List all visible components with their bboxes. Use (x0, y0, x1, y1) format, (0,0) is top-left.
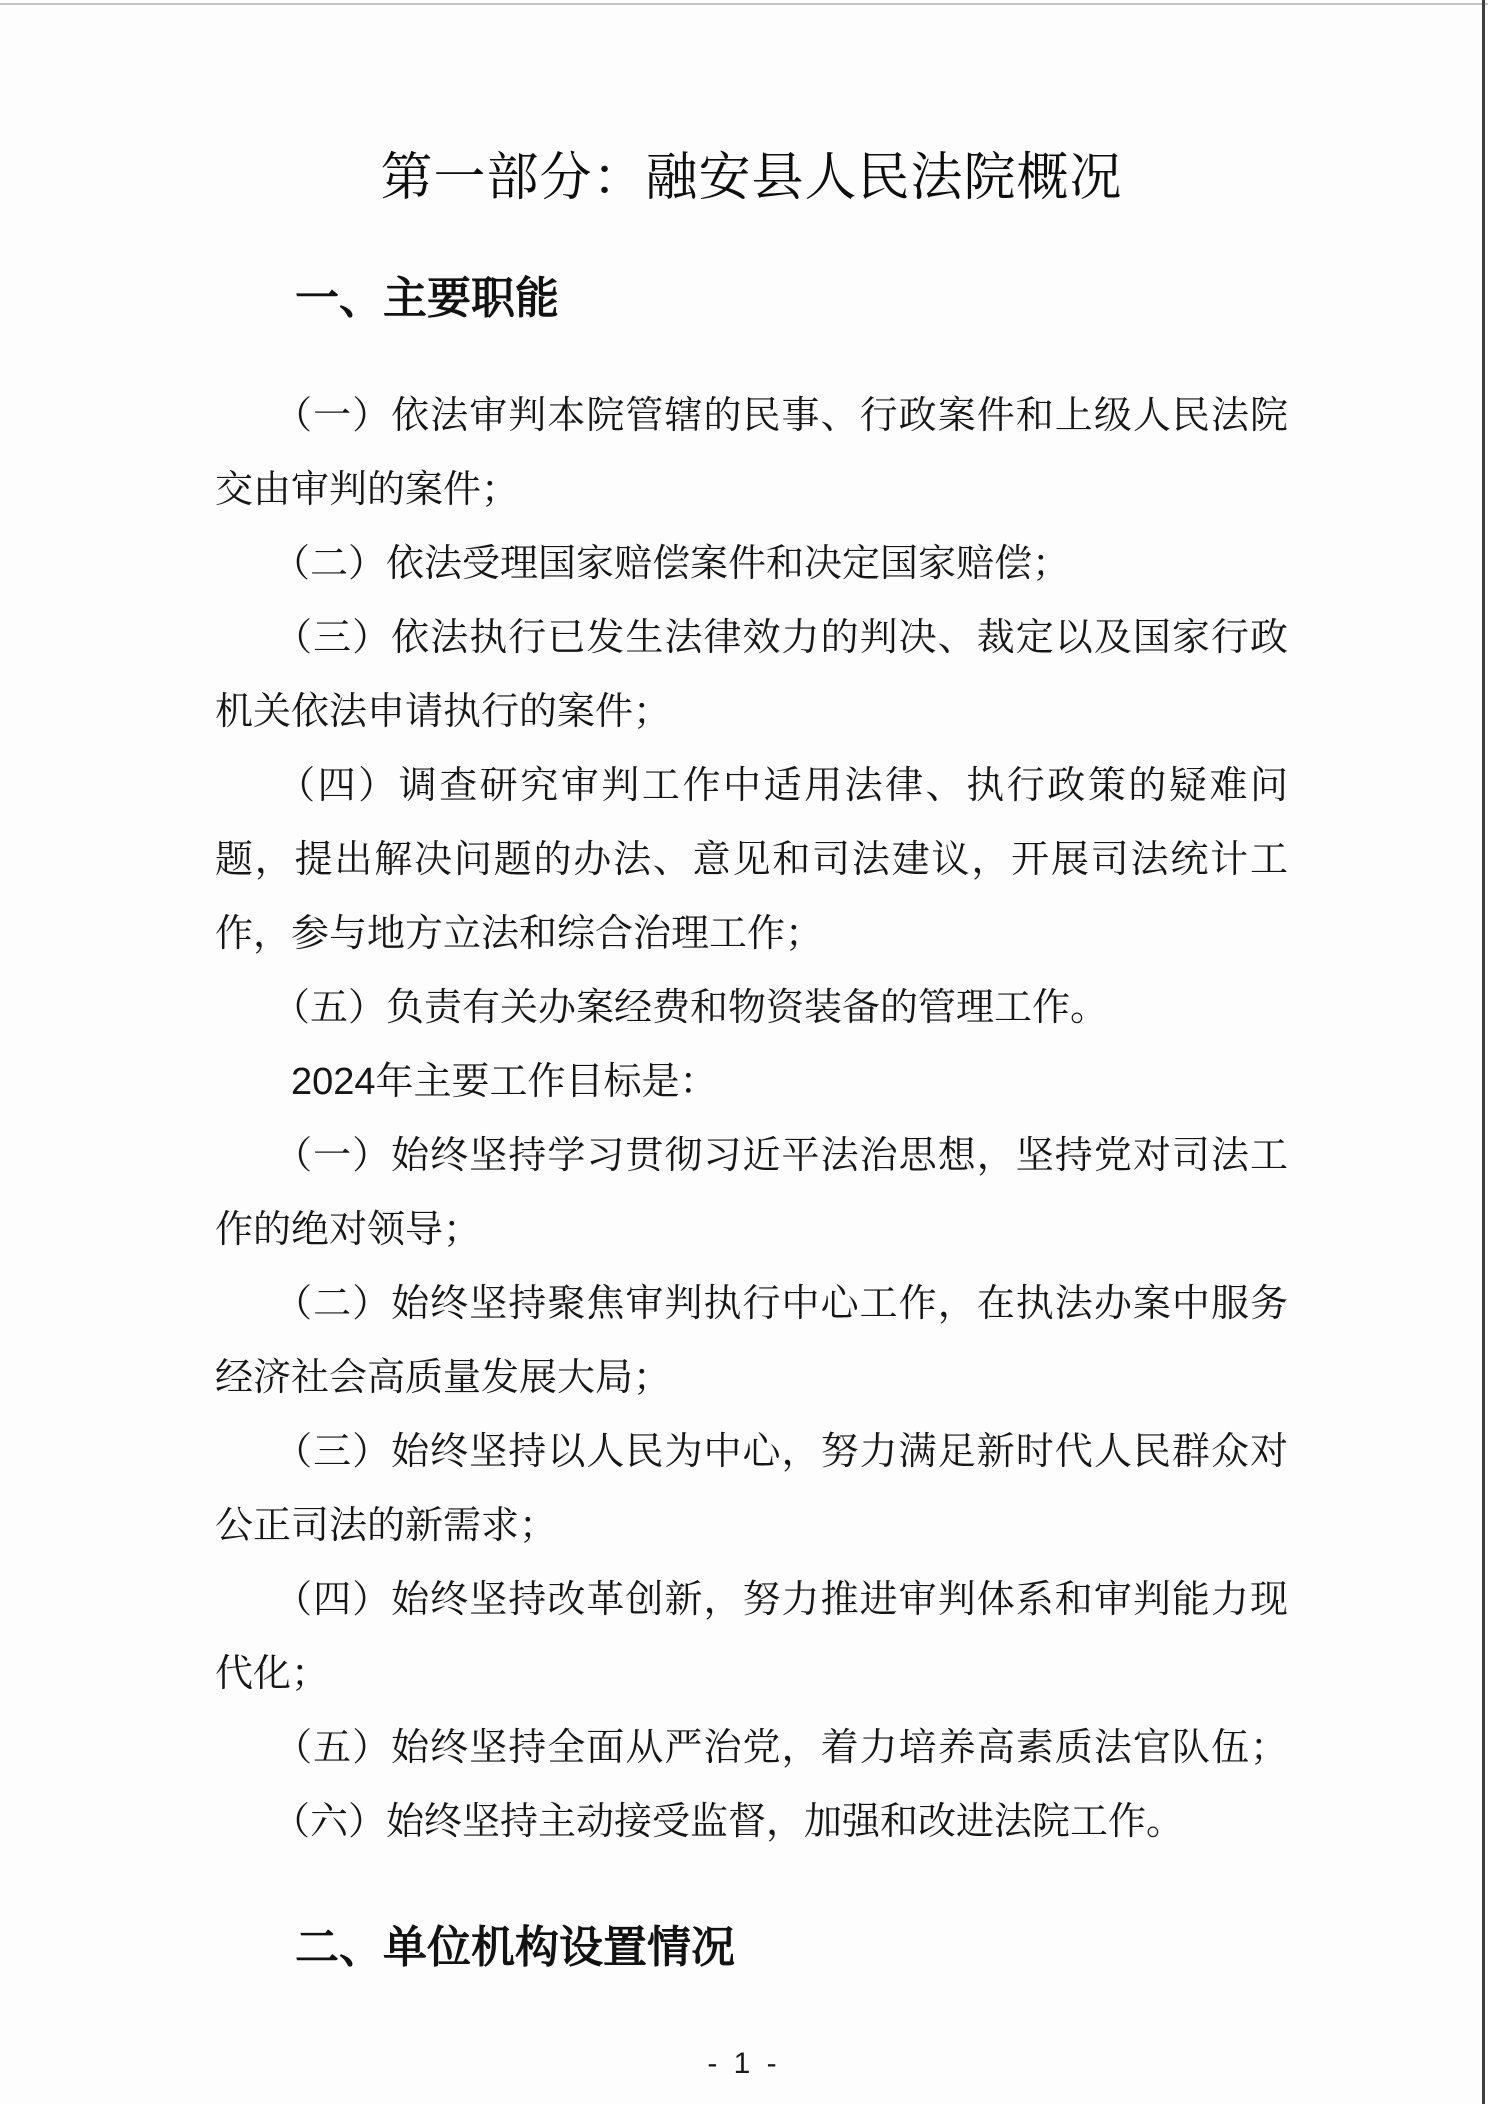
page-number: - 1 - (0, 2048, 1488, 2080)
body-line: （二）始终坚持聚焦审判执行中心工作，在执法办案中服务 (215, 1267, 1288, 1341)
body-line: （四）始终坚持改革创新，努力推进审判体系和审判能力现 (215, 1563, 1288, 1637)
body-line: 作，参与地方立法和综合治理工作； (215, 897, 1288, 971)
body-line: （六）始终坚持主动接受监督，加强和改进法院工作。 (215, 1785, 1288, 1859)
body-line: 经济社会高质量发展大局； (215, 1341, 1288, 1415)
body-lines: （一）依法审判本院管辖的民事、行政案件和上级人民法院交由审判的案件； （二）依法… (215, 379, 1288, 1859)
page-title: 第一部分：融安县人民法院概况 (215, 150, 1288, 207)
body-line: （三）依法执行已发生法律效力的判决、裁定以及国家行政 (215, 601, 1288, 675)
body-line: 2024年主要工作目标是： (215, 1045, 1288, 1119)
body-line: 题，提出解决问题的办法、意见和司法建议，开展司法统计工 (215, 823, 1288, 897)
body-line: （五）始终坚持全面从严治党，着力培养高素质法官队伍； (215, 1711, 1288, 1785)
body-line: 公正司法的新需求； (215, 1489, 1288, 1563)
scan-edge-right-line (1482, 0, 1485, 2104)
body-line: （五）负责有关办案经费和物资装备的管理工作。 (215, 971, 1288, 1045)
body-line: 交由审判的案件； (215, 453, 1288, 527)
document-page: 第一部分：融安县人民法院概况 一、主要职能 （一）依法审判本院管辖的民事、行政案… (0, 0, 1488, 2104)
scan-edge-top-line (0, 3, 1488, 5)
body-line: （二）依法受理国家赔偿案件和决定国家赔偿； (215, 527, 1288, 601)
body-line: 代化； (215, 1637, 1288, 1711)
section-heading-org-structure: 二、单位机构设置情况 (215, 1925, 1288, 1971)
body-line: （四）调查研究审判工作中适用法律、执行政策的疑难问 (215, 749, 1288, 823)
body-line: （一）始终坚持学习贯彻习近平法治思想，坚持党对司法工 (215, 1119, 1288, 1193)
body-line: （三）始终坚持以人民为中心，努力满足新时代人民群众对 (215, 1415, 1288, 1489)
body-line: 作的绝对领导； (215, 1193, 1288, 1267)
body-line: 机关依法申请执行的案件； (215, 675, 1288, 749)
section-heading-main-functions: 一、主要职能 (215, 276, 1288, 322)
body-line: （一）依法审判本院管辖的民事、行政案件和上级人民法院 (215, 379, 1288, 453)
